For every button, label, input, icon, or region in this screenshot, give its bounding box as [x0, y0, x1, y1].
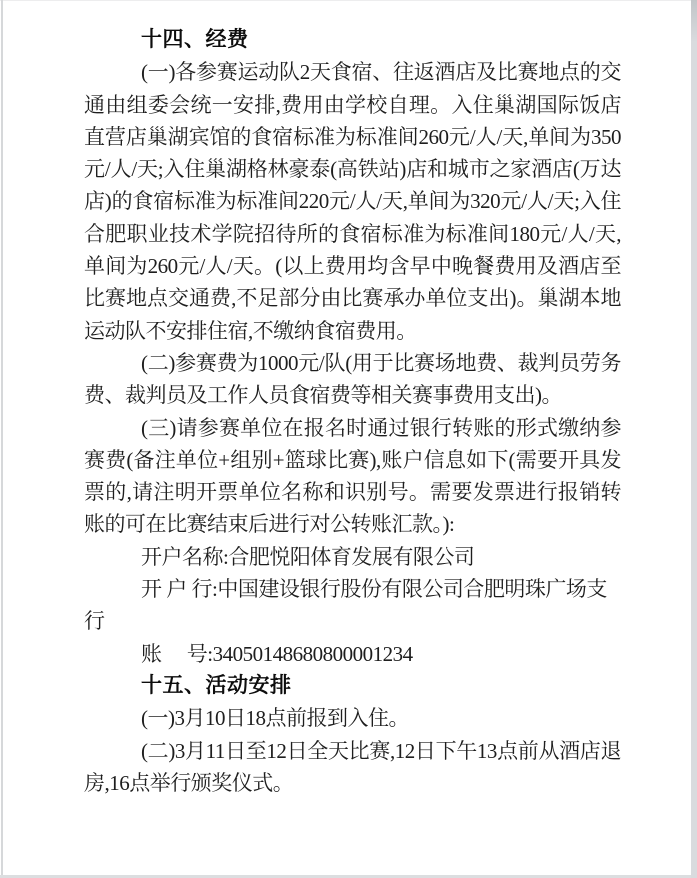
bank-account-line: 开户名称:合肥悦阳体育发展有限公司 — [84, 541, 621, 573]
page-top-edge — [0, 0, 691, 1]
bank-account-line: 账 号:34050148680800001234 — [84, 638, 621, 670]
bank-field-value: 34050148680800001234 — [213, 642, 413, 666]
bank-field-label: 开户名称: — [141, 545, 228, 569]
paragraph: (三)请参赛单位在报名时通过银行转账的形式缴纳参赛费(备注单位+组别+篮球比赛)… — [84, 412, 621, 541]
paragraph: (一)各参赛运动队2天食宿、往返酒店及比赛地点的交通由组委会统一安排,费用由学校… — [84, 56, 621, 347]
page-left-edge — [1, 0, 3, 878]
bank-field-value: 合肥悦阳体育发展有限公司 — [228, 545, 474, 569]
bank-account-line: 开 户 行:中国建设银行股份有限公司合肥明珠广场支行 — [84, 573, 621, 638]
paragraph: (二)3月11日至12日全天比赛,12日下午13点前从酒店退房,16点举行颁奖仪… — [84, 735, 621, 800]
section-heading: 十四、经费 — [84, 24, 621, 56]
bank-field-label: 账 号: — [141, 642, 213, 666]
document-page: 十四、经费(一)各参赛运动队2天食宿、往返酒店及比赛地点的交通由组委会统一安排,… — [84, 24, 621, 799]
bank-field-label: 开 户 行: — [141, 577, 217, 601]
vertical-scrollbar[interactable] — [691, 0, 697, 878]
section-heading: 十五、活动安排 — [84, 670, 621, 702]
document-viewport: 十四、经费(一)各参赛运动队2天食宿、往返酒店及比赛地点的交通由组委会统一安排,… — [0, 0, 697, 878]
paragraph: (一)3月10日18点前报到入住。 — [84, 702, 621, 734]
paragraph: (二)参赛费为1000元/队(用于比赛场地费、裁判员劳务费、裁判员及工作人员食宿… — [84, 347, 621, 412]
